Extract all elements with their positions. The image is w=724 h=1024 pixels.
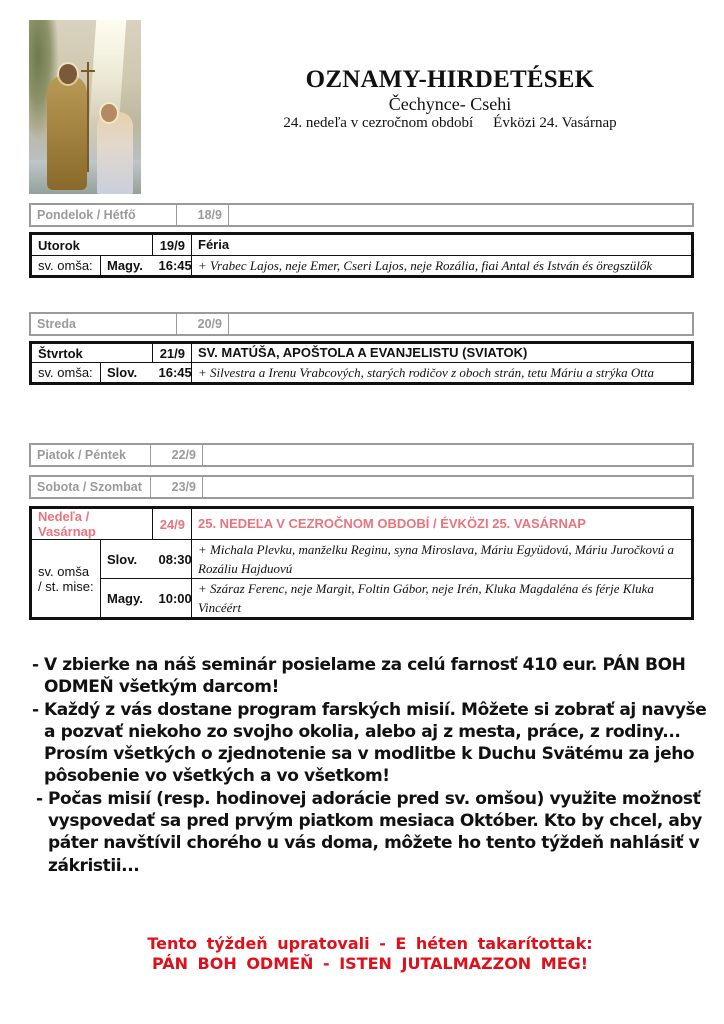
picture-christ-head (101, 104, 117, 122)
cleaning-thanks: Tento týždeň upratovali - E héten takarí… (60, 934, 680, 974)
picture-baptist-head (59, 64, 77, 84)
mass-label: sv. omša / st. mise: (32, 540, 101, 618)
mass-language: Slov. (101, 540, 153, 579)
parish-name: Čechynce- Csehi (240, 94, 660, 114)
sunday-hu: Évközi 24. Vasárnap (493, 115, 616, 131)
day-date: 18/9 (177, 205, 229, 225)
announcement-item: - Počas misií (resp. hodinovej adorácie … (32, 788, 712, 877)
feast-title: Féria (192, 235, 692, 256)
thanks-line-1: Tento týždeň upratovali - E héten takarí… (60, 934, 680, 954)
mass-time: 08:30 (153, 540, 192, 579)
mass-intention: + Vrabec Lajos, neje Emer, Cseri Lajos, … (192, 256, 692, 276)
mass-time: 16:45 (153, 363, 192, 383)
day-name: Sobota / Szombat (31, 477, 151, 497)
day-date: 19/9 (153, 235, 192, 256)
announcement-item: - Každý z vás dostane program farských m… (32, 699, 712, 788)
day-tuesday: Utorok 19/9 Féria sv. omša: Magy. 16:45 … (29, 232, 694, 278)
picture-christ-figure (97, 112, 133, 194)
bullet-dash: - (32, 654, 44, 699)
day-name: Piatok / Péntek (31, 445, 151, 465)
sunday-sk: 24. nedeľa v cezročnom období (283, 115, 473, 131)
cross-staff-icon (87, 62, 89, 172)
day-content (203, 445, 693, 465)
page-title: OZNAMY-HIRDETÉSEK (240, 66, 660, 94)
mass-language: Magy. (101, 579, 153, 618)
picture-baptist-figure (47, 75, 87, 190)
day-date: 21/9 (153, 344, 192, 363)
mass-language: Slov. (101, 363, 153, 383)
day-name: Utorok (32, 235, 153, 256)
mass-time: 16:45 (153, 256, 192, 276)
day-name: Streda (31, 314, 177, 334)
feast-title: SV. MATÚŠA, APOŠTOLA A EVANJELISTU (SVIA… (192, 344, 692, 363)
mass-language: Magy. (101, 256, 153, 276)
bullet-dash: - (32, 699, 44, 788)
mass-intention: + Michala Plevku, manželku Reginu, syna … (192, 540, 692, 579)
day-date: 23/9 (151, 477, 203, 497)
day-content (229, 205, 693, 225)
day-saturday: Sobota / Szombat 23/9 (29, 475, 694, 499)
day-name: Pondelok / Hétfő (31, 205, 177, 225)
day-friday: Piatok / Péntek 22/9 (29, 443, 694, 467)
announcement-text: Každý z vás dostane program farských mis… (44, 699, 712, 788)
baptism-picture (29, 20, 141, 194)
feast-title: 25. NEDEĽA V CEZROČNOM OBDOBÍ / ÉVKÖZI 2… (192, 509, 692, 540)
thanks-line-2: PÁN BOH ODMEŇ - ISTEN JUTALMAZZON MEG! (60, 954, 680, 974)
mass-intention: + Silvestra a Irenu Vrabcových, starých … (192, 363, 692, 383)
day-wednesday: Streda 20/9 (29, 312, 694, 336)
day-date: 20/9 (177, 314, 229, 334)
day-name: Nedeľa / Vasárnap (32, 509, 153, 540)
announcement-text: Počas misií (resp. hodinovej adorácie pr… (48, 788, 712, 877)
day-content (203, 477, 693, 497)
day-sunday: Nedeľa / Vasárnap 24/9 25. NEDEĽA V CEZR… (29, 506, 694, 620)
announcements: - V zbierke na náš seminár posielame za … (32, 654, 712, 877)
title-block: OZNAMY-HIRDETÉSEK Čechynce- Csehi 24. ne… (240, 66, 660, 133)
day-date: 24/9 (153, 509, 192, 540)
announcement-text: V zbierke na náš seminár posielame za ce… (44, 654, 712, 699)
day-thursday: Štvrtok 21/9 SV. MATÚŠA, APOŠTOLA A EVAN… (29, 341, 694, 385)
mass-label: sv. omša: (32, 256, 101, 276)
day-monday: Pondelok / Hétfő 18/9 (29, 203, 694, 227)
day-content (229, 314, 693, 334)
mass-intention: + Száraz Ferenc, neje Margit, Foltin Gáb… (192, 579, 692, 618)
mass-label: sv. omša: (32, 363, 101, 383)
mass-time: 10:00 (153, 579, 192, 618)
sunday-line: 24. nedeľa v cezročnom obdobíÉvközi 24. … (240, 114, 660, 133)
bullet-dash: - (36, 788, 48, 877)
day-name: Štvrtok (32, 344, 153, 363)
day-date: 22/9 (151, 445, 203, 465)
cross-bar (81, 70, 95, 72)
announcement-item: - V zbierke na náš seminár posielame za … (32, 654, 712, 699)
